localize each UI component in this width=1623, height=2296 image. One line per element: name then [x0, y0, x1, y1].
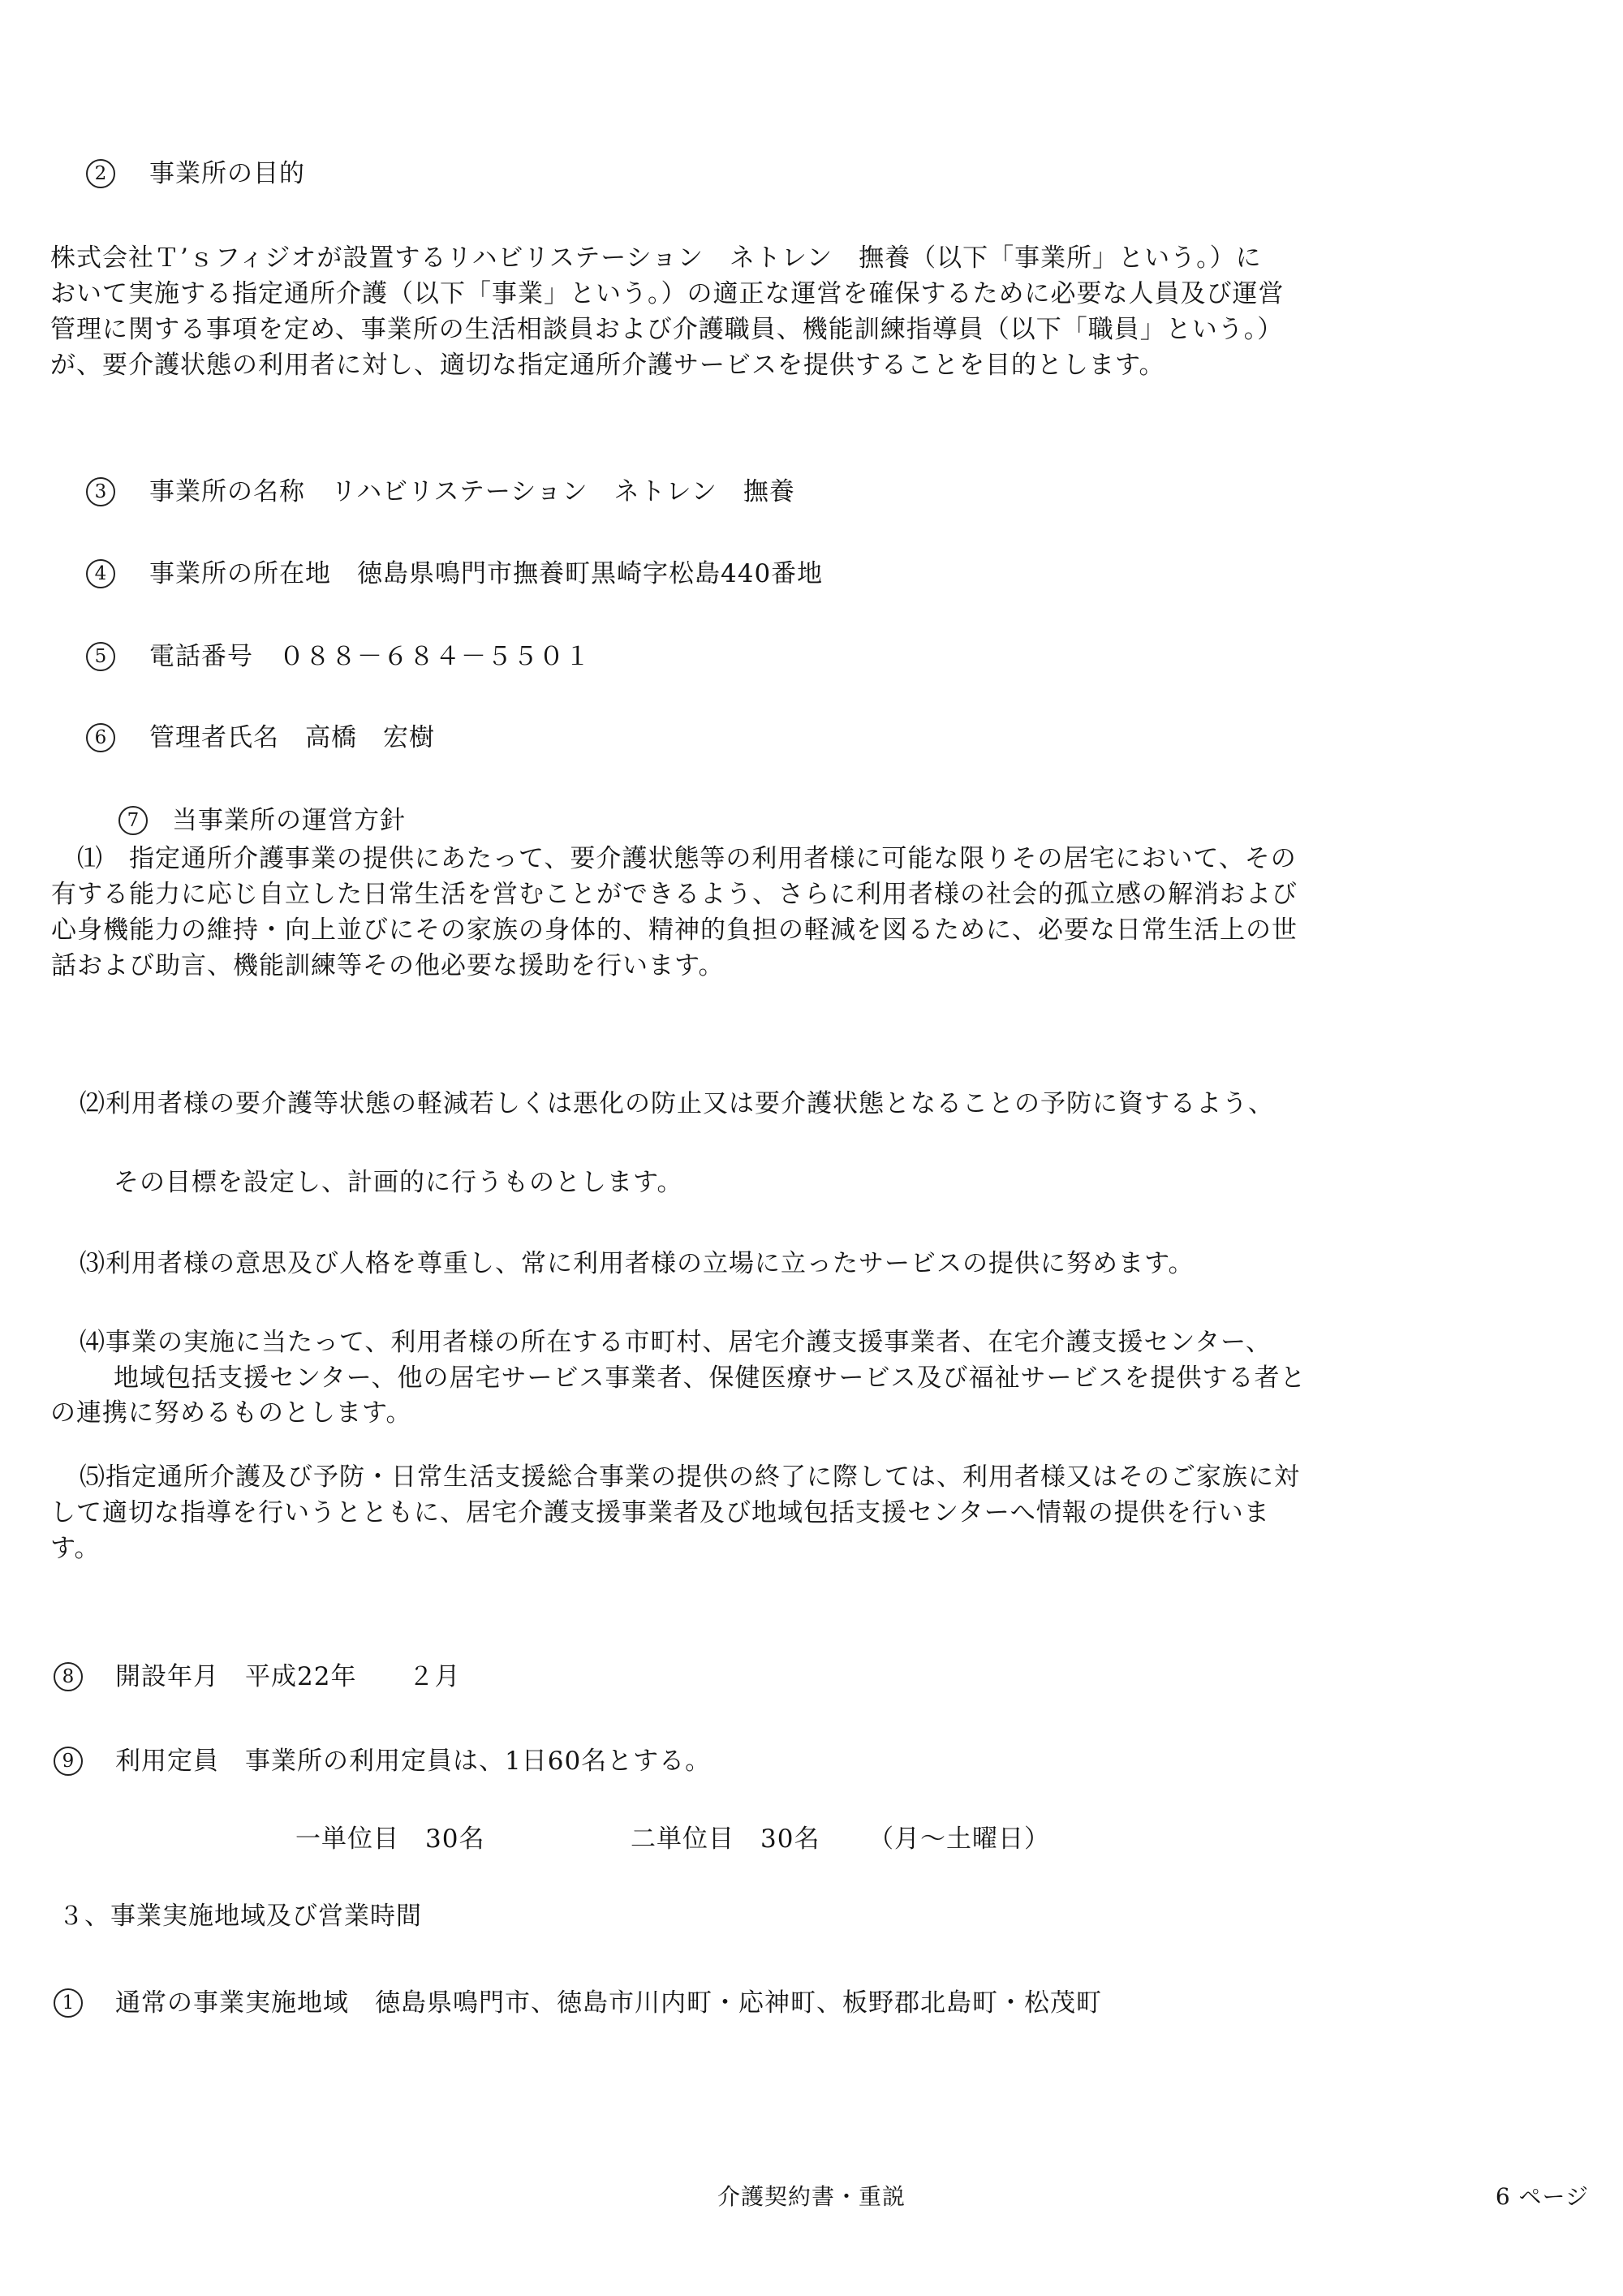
item-5-phone-label: 電話番号 ０８８－６８４－５５０１ [149, 640, 591, 673]
item-8-established: 8 開設年月 平成22年 ２月 [54, 1661, 460, 1693]
policy-5-line: ⑸指定通所介護及び予防・日常生活支援総合事業の提供の終了に際しては、利用者様又は… [80, 1461, 1300, 1493]
circled-number-7: 7 [118, 806, 148, 835]
policy-5-line: す。 [50, 1532, 101, 1565]
document-page: 2 事業所の目的 株式会社Ｔ’ｓフィジオが設置するリハビリステーション ネトレン… [0, 0, 1623, 2296]
policy-5-line: して適切な指導を行いうとともに、居宅介護支援事業者及び地域包括支援センターへ情報… [50, 1497, 1270, 1529]
policy-4-line: の連携に努めるものとします。 [50, 1397, 412, 1429]
item-4-address: 4 事業所の所在地 徳島県鳴門市撫養町黒崎字松島440番地 [86, 558, 823, 590]
item-7-policy-heading: 7 当事業所の運営方針 [118, 804, 406, 837]
item-9-capacity: 9 利用定員 事業所の利用定員は、1日60名とする。 [54, 1745, 711, 1777]
item-5-phone: 5 電話番号 ０８８－６８４－５５０１ [86, 640, 591, 673]
item-4-address-label: 事業所の所在地 徳島県鳴門市撫養町黒崎字松島440番地 [149, 558, 823, 590]
policy-2-continuation: その目標を設定し、計画的に行うものとします。 [114, 1166, 683, 1199]
item-6-manager: 6 管理者氏名 高橋 宏樹 [86, 722, 435, 754]
policy-1-line: 有する能力に応じ自立した日常生活を営むことができるよう、さらに利用者様の社会的孤… [51, 878, 1298, 911]
policy-2-line: ⑵利用者様の要介護等状態の軽減若しくは悪化の防止又は要介護状態となることの予防に… [80, 1088, 1274, 1120]
section-3-heading: ３、事業実施地域及び営業時間 [58, 1900, 422, 1932]
item-9-capacity-label: 利用定員 事業所の利用定員は、1日60名とする。 [115, 1745, 711, 1777]
policy-4-line: 地域包括支援センター、他の居宅サービス事業者、保健医療サービス及び福祉サービスを… [114, 1362, 1307, 1394]
capacity-days: （月～土曜日） [868, 1823, 1050, 1855]
circled-number-5: 5 [86, 642, 115, 671]
policy-1-line: ⑴ 指定通所介護事業の提供にあたって、要介護状態等の利用者様に可能な限りその居宅… [77, 842, 1297, 875]
circled-number-3: 3 [86, 477, 115, 506]
item-2-purpose-label: 事業所の目的 [149, 157, 305, 190]
purpose-paragraph-line: 管理に関する事項を定め、事業所の生活相談員および介護職員、機能訓練指導員（以下「… [50, 313, 1283, 346]
purpose-paragraph-line: 株式会社Ｔ’ｓフィジオが設置するリハビリステーション ネトレン 撫養（以下「事業… [50, 242, 1262, 274]
item-7-policy-label: 当事業所の運営方針 [172, 804, 406, 837]
capacity-unit-1: 一単位目 30名 [295, 1823, 484, 1855]
policy-3-line: ⑶利用者様の意思及び人格を尊重し、常に利用者様の立場に立ったサービスの提供に努め… [80, 1247, 1195, 1280]
footer-document-title: 介護契約書・重説 [0, 2179, 1623, 2212]
circled-number-8: 8 [54, 1662, 83, 1691]
purpose-paragraph-line: が、要介護状態の利用者に対し、適切な指定通所介護サービスを提供することを目的とし… [50, 349, 1165, 381]
circled-number-4: 4 [86, 559, 115, 588]
policy-1-line: 話および助言、機能訓練等その他必要な援助を行います。 [51, 950, 725, 982]
footer-page-number: 6 ページ [1496, 2179, 1589, 2212]
policy-1-line: 心身機能力の維持・向上並びにその家族の身体的、精神的負担の軽減を図るために、必要… [51, 914, 1298, 946]
circled-number-9: 9 [54, 1747, 83, 1776]
circled-number-1: 1 [54, 1988, 83, 2018]
capacity-unit-2: 二単位目 30名 [631, 1823, 820, 1855]
item-3-name-label: 事業所の名称 リハビリステーション ネトレン 撫養 [149, 476, 795, 508]
purpose-paragraph-line: おいて実施する指定通所介護（以下「事業」という。）の適正な運営を確保するために必… [50, 278, 1285, 310]
item-8-established-label: 開設年月 平成22年 ２月 [115, 1661, 460, 1693]
policy-4-line: ⑷事業の実施に当たって、利用者様の所在する市町村、居宅介護支援事業者、在宅介護支… [80, 1326, 1272, 1359]
item-6-manager-label: 管理者氏名 高橋 宏樹 [149, 722, 435, 754]
item-1-service-area-label: 通常の事業実施地域 徳島県鳴門市、徳島市川内町・応神町、板野郡北島町・松茂町 [115, 1987, 1102, 2019]
circled-number-6: 6 [86, 723, 115, 752]
item-3-name: 3 事業所の名称 リハビリステーション ネトレン 撫養 [86, 476, 795, 508]
item-1-service-area: 1 通常の事業実施地域 徳島県鳴門市、徳島市川内町・応神町、板野郡北島町・松茂町 [54, 1987, 1102, 2019]
item-2-purpose-heading: 2 事業所の目的 [86, 157, 305, 190]
circled-number-2: 2 [86, 159, 115, 188]
